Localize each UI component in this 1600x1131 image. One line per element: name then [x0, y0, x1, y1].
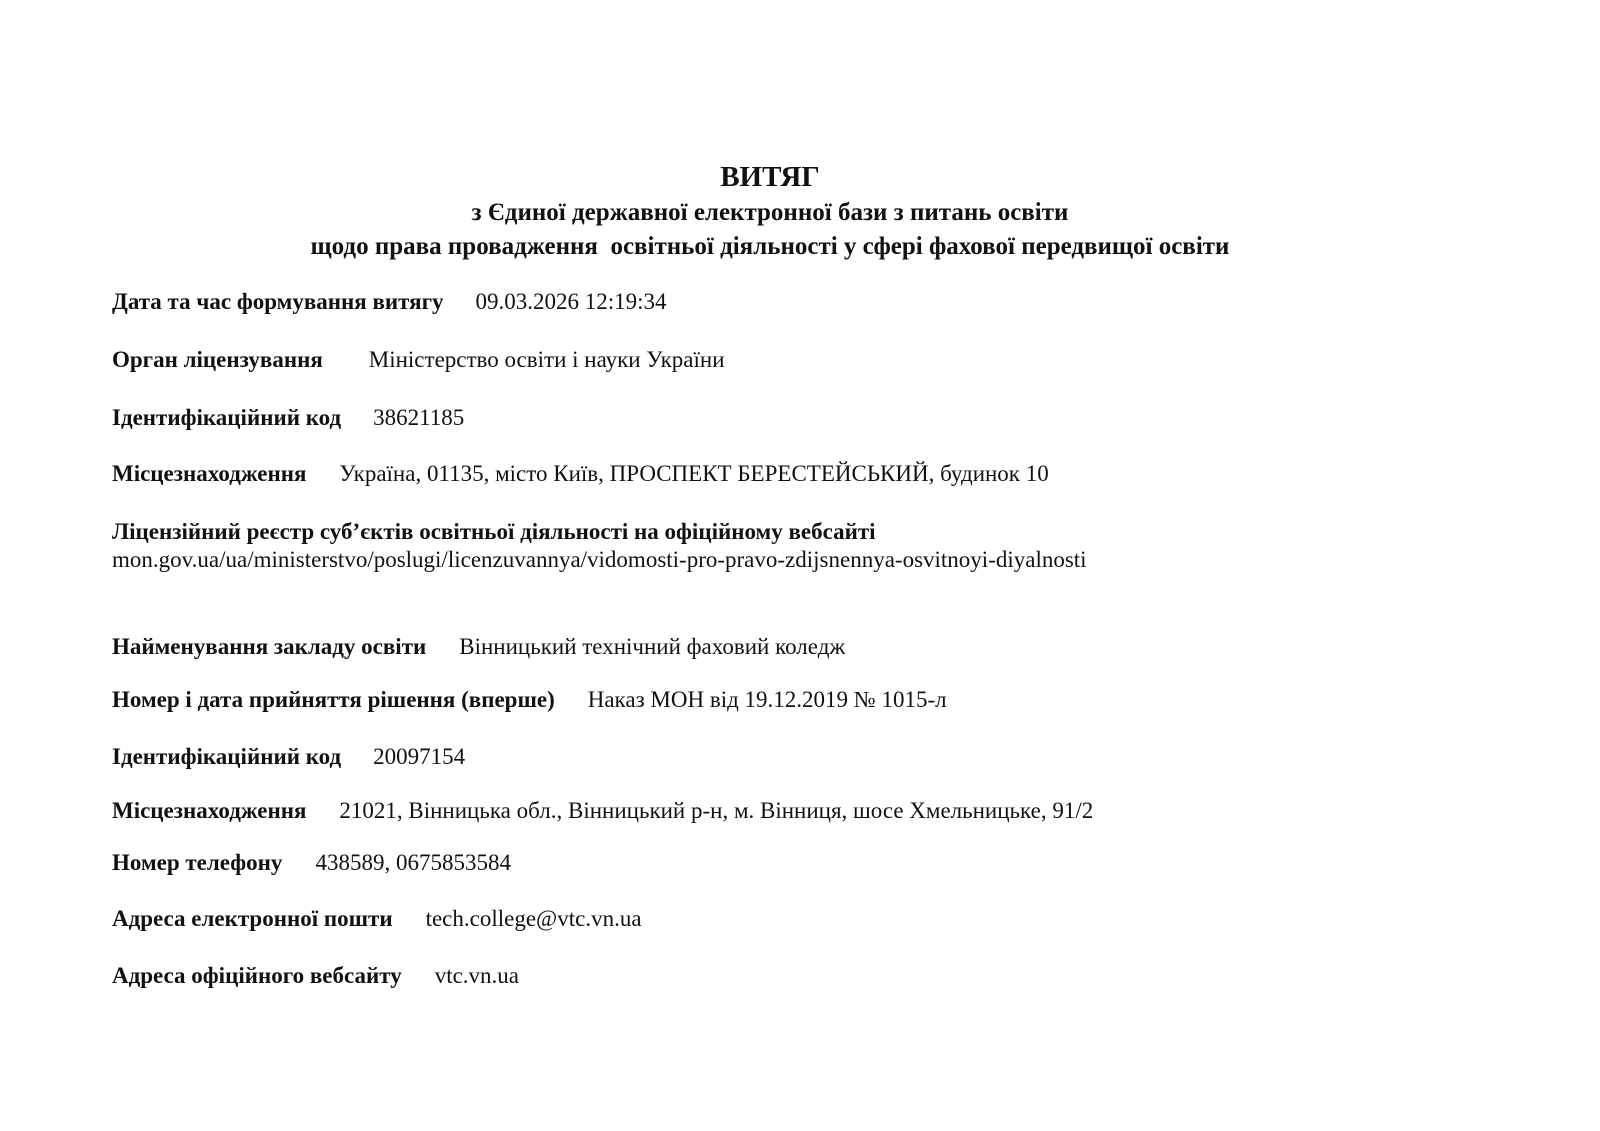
institution-name-label: Найменування закладу освіти — [112, 633, 426, 661]
licensing-body-code-row: Ідентифікаційний код38621185 — [112, 404, 464, 432]
document-page: ВИТЯГ з Єдиної державної електронної баз… — [0, 0, 1600, 1131]
institution-code-label: Ідентифікаційний код — [112, 743, 341, 771]
institution-location-value: 21021, Вінницька обл., Вінницький р-н, м… — [339, 797, 1093, 825]
extract-datetime-value: 09.03.2026 12:19:34 — [476, 288, 667, 316]
licensing-body-code-label: Ідентифікаційний код — [112, 404, 341, 432]
licensing-body-location-value: Україна, 01135, місто Київ, ПРОСПЕКТ БЕР… — [339, 460, 1048, 488]
phone-label: Номер телефону — [112, 849, 282, 877]
email-label: Адреса електронної пошти — [112, 905, 393, 933]
extract-datetime-row: Дата та час формування витягу09.03.2026 … — [112, 288, 667, 316]
decision-value: Наказ МОН від 19.12.2019 № 1015-л — [588, 686, 947, 714]
licensing-body-location-row: МісцезнаходженняУкраїна, 01135, місто Ки… — [112, 460, 1049, 488]
website-row: Адреса офіційного вебсайтуvtc.vn.ua — [112, 962, 519, 990]
website-link[interactable]: vtc.vn.ua — [435, 962, 519, 990]
document-subtitle-line2: щодо права провадження освітньої діяльно… — [0, 232, 1540, 262]
licensing-body-label: Орган ліцензування — [112, 346, 323, 374]
licensing-body-location-label: Місцезнаходження — [112, 460, 306, 488]
phone-value: 438589, 0675853584 — [315, 849, 511, 877]
license-registry-row: Ліцензійний реєстр суб’єктів освітньої д… — [112, 518, 876, 546]
license-registry-link[interactable]: mon.gov.ua/ua/ministerstvo/poslugi/licen… — [112, 546, 1087, 574]
institution-location-label: Місцезнаходження — [112, 797, 306, 825]
phone-row: Номер телефону438589, 0675853584 — [112, 849, 511, 877]
institution-location-row: Місцезнаходження21021, Вінницька обл., В… — [112, 797, 1093, 825]
decision-label: Номер і дата прийняття рішення (вперше) — [112, 686, 555, 714]
website-label: Адреса офіційного вебсайту — [112, 962, 402, 990]
email-link[interactable]: tech.college@vtc.vn.ua — [426, 905, 642, 933]
licensing-body-row: Орган ліцензуванняМіністерство освіти і … — [112, 346, 725, 374]
email-row: Адреса електронної поштиtech.college@vtc… — [112, 905, 642, 933]
decision-row: Номер і дата прийняття рішення (вперше)Н… — [112, 686, 947, 714]
institution-code-row: Ідентифікаційний код20097154 — [112, 743, 465, 771]
license-registry-label: Ліцензійний реєстр суб’єктів освітньої д… — [112, 518, 876, 546]
institution-code-value: 20097154 — [373, 743, 465, 771]
licensing-body-value: Міністерство освіти і науки України — [369, 346, 725, 374]
extract-datetime-label: Дата та час формування витягу — [112, 288, 444, 316]
institution-name-value: Вінницький технічний фаховий коледж — [459, 633, 845, 661]
licensing-body-code-value: 38621185 — [373, 404, 464, 432]
document-title: ВИТЯГ — [0, 162, 1540, 192]
document-subtitle-line1: з Єдиної державної електронної бази з пи… — [0, 198, 1540, 228]
institution-name-row: Найменування закладу освітиВінницький те… — [112, 633, 845, 661]
